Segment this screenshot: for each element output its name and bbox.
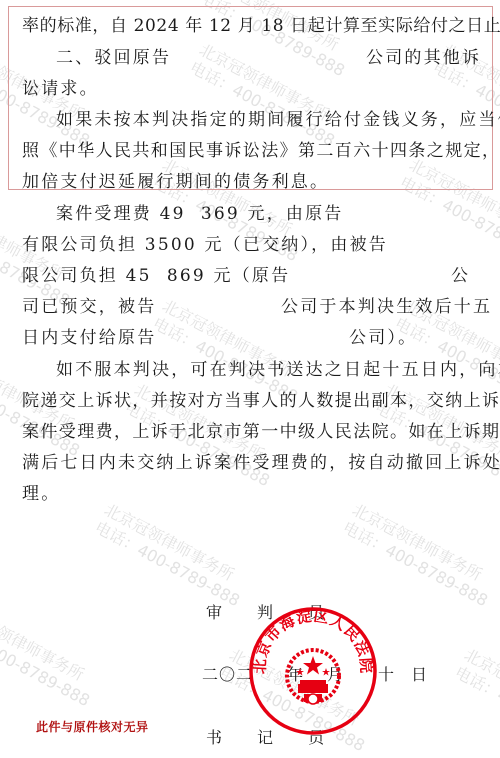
date-prefix: 二〇二 [202,662,253,685]
paragraph-line: 案件受理费 49 369 元，由原告 [56,204,344,224]
paragraph-line: 满后七日内未交纳上诉案件受理费的，按自动撤回上诉处 [22,453,500,473]
paragraph-line: 有限公司负担 3500 元（已交纳），由被告 [22,235,388,255]
paragraph-line: 理。 [22,484,60,504]
date-day-num: 十 [378,662,395,685]
paragraph-line: 院递交上诉状，并按对方当事人的人数提出副本，交纳上诉 [22,391,500,411]
paragraph-line: 日内支付给原告 [22,328,156,348]
court-seal-stamp: 北京市海淀区人民法院 [248,606,378,736]
paragraph-line: 讼请求。 [22,79,99,99]
national-emblem-icon [287,650,339,704]
paragraph-line: 公司的其他诉 [366,48,481,68]
paragraph-line: 案件受理费，上诉于北京市第一中级人民法院。如在上诉期 [22,422,500,442]
paragraph-line: 二、驳回原告 [56,48,171,68]
watermark: 北京冠领律师事务所 电话：400-8789-888 [339,500,500,611]
watermark: 北京冠领律师事务所 电话：400-8789-888 [91,500,252,611]
paragraph-line: 公司于本判决生效后十五 [281,297,492,317]
paragraph-line: 公 [451,266,470,286]
judgment-document-page: 北京冠领律师事务所 电话：400-8789-888 北京冠领律师事务所 电话：4… [0,0,500,758]
paragraph-line: 率的标准，自 2024 年 12 月 18 日起计算至实际给付之日止）； [22,16,500,36]
paragraph-line: 加倍支付迟延履行期间的债务利息。 [22,172,329,192]
paragraph-line: 公司）。 [349,328,417,348]
certification-note: 此件与原件核对无异 [36,718,149,735]
watermark: 北京冠领律师事务所 电话：400-8789-888 [0,600,102,711]
paragraph-line: 司已预交，被告 [22,297,156,317]
paragraph-line: 照《中华人民共和国民事诉讼法》第二百六十四条之规定， [22,141,500,161]
date-day: 日 [411,662,428,685]
paragraph-line: 如不服本判决，可在判决书送达之日起十五日内，向本 [56,360,500,380]
paragraph-line: 如果未按本判决指定的期间履行给付金钱义务，应当依 [56,110,500,130]
paragraph-line: 限公司负担 45 869 元（原告 [22,266,290,286]
watermark: 北京冠领律师事务所 电话：400-8789-888 [451,645,500,756]
